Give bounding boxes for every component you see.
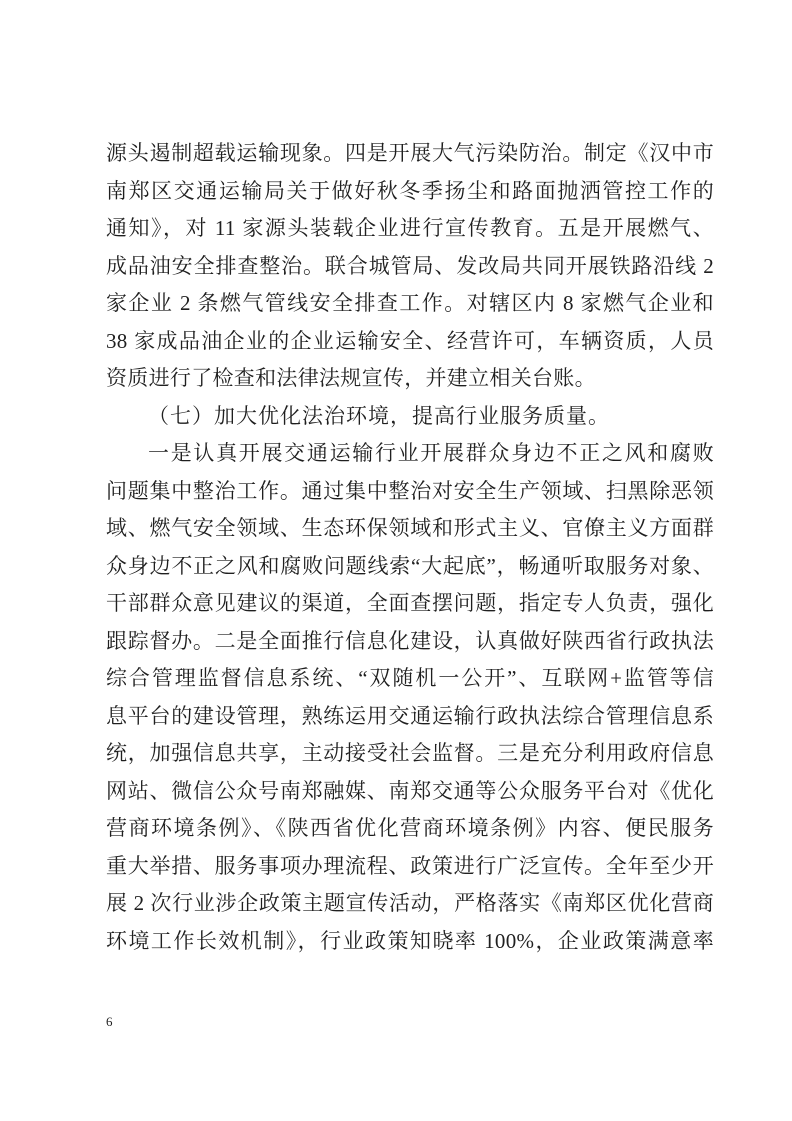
body-text-line: 综合管理监督信息系统、“双随机一公开”、互联网+监管等信 [106,660,714,698]
body-text-line: 跟踪督办。二是全面推行信息化建设，认真做好陕西省行政执法 [106,623,714,661]
document-body: 源头遏制超载运输现象。四是开展大气污染防治。制定《汉中市南郑区交通运输局关于做好… [106,135,714,960]
body-text-line: 环境工作长效机制》，行业政策知晓率 100%，企业政策满意率 [106,923,714,961]
body-text-line: 众身边不正之风和腐败问题线索“大起底”，畅通听取服务对象、 [106,548,714,586]
body-text-line: 干部群众意见建议的渠道，全面查摆问题，指定专人负责，强化 [106,585,714,623]
body-text-line: 资质进行了检查和法律法规宣传，并建立相关台账。 [106,360,714,398]
section-heading-line: （七）加大优化法治环境，提高行业服务质量。 [106,398,714,436]
document-page: 源头遏制超载运输现象。四是开展大气污染防治。制定《汉中市南郑区交通运输局关于做好… [0,0,792,1121]
body-text-line: 成品油安全排查整治。联合城管局、发改局共同开展铁路沿线 2 [106,248,714,286]
body-text-line: 源头遏制超载运输现象。四是开展大气污染防治。制定《汉中市 [106,135,714,173]
body-text-line: 问题集中整治工作。通过集中整治对安全生产领域、扫黑除恶领 [106,473,714,511]
body-text-line: 家企业 2 条燃气管线安全排查工作。对辖区内 8 家燃气企业和 [106,285,714,323]
body-text-line: 南郑区交通运输局关于做好秋冬季扬尘和路面抛洒管控工作的 [106,173,714,211]
body-text-line: 展 2 次行业涉企政策主题宣传活动，严格落实《南郑区优化营商 [106,885,714,923]
body-text-line: 营商环境条例》、《陕西省优化营商环境条例》内容、便民服务 [106,810,714,848]
body-text-line: 38 家成品油企业的企业运输安全、经营许可，车辆资质，人员 [106,323,714,361]
page-number: 6 [106,1014,113,1030]
body-text-line: 通知》，对 11 家源头装载企业进行宣传教育。五是开展燃气、 [106,210,714,248]
body-text-line: 统，加强信息共享，主动接受社会监督。三是充分利用政府信息 [106,735,714,773]
body-text-line: 网站、微信公众号南郑融媒、南郑交通等公众服务平台对《优化 [106,773,714,811]
body-text-line: 域、燃气安全领域、生态环保领域和形式主义、官僚主义方面群 [106,510,714,548]
body-text-line: 息平台的建设管理，熟练运用交通运输行政执法综合管理信息系 [106,698,714,736]
body-text-line: 一是认真开展交通运输行业开展群众身边不正之风和腐败 [106,435,714,473]
body-text-line: 重大举措、服务事项办理流程、政策进行广泛宣传。全年至少开 [106,848,714,886]
